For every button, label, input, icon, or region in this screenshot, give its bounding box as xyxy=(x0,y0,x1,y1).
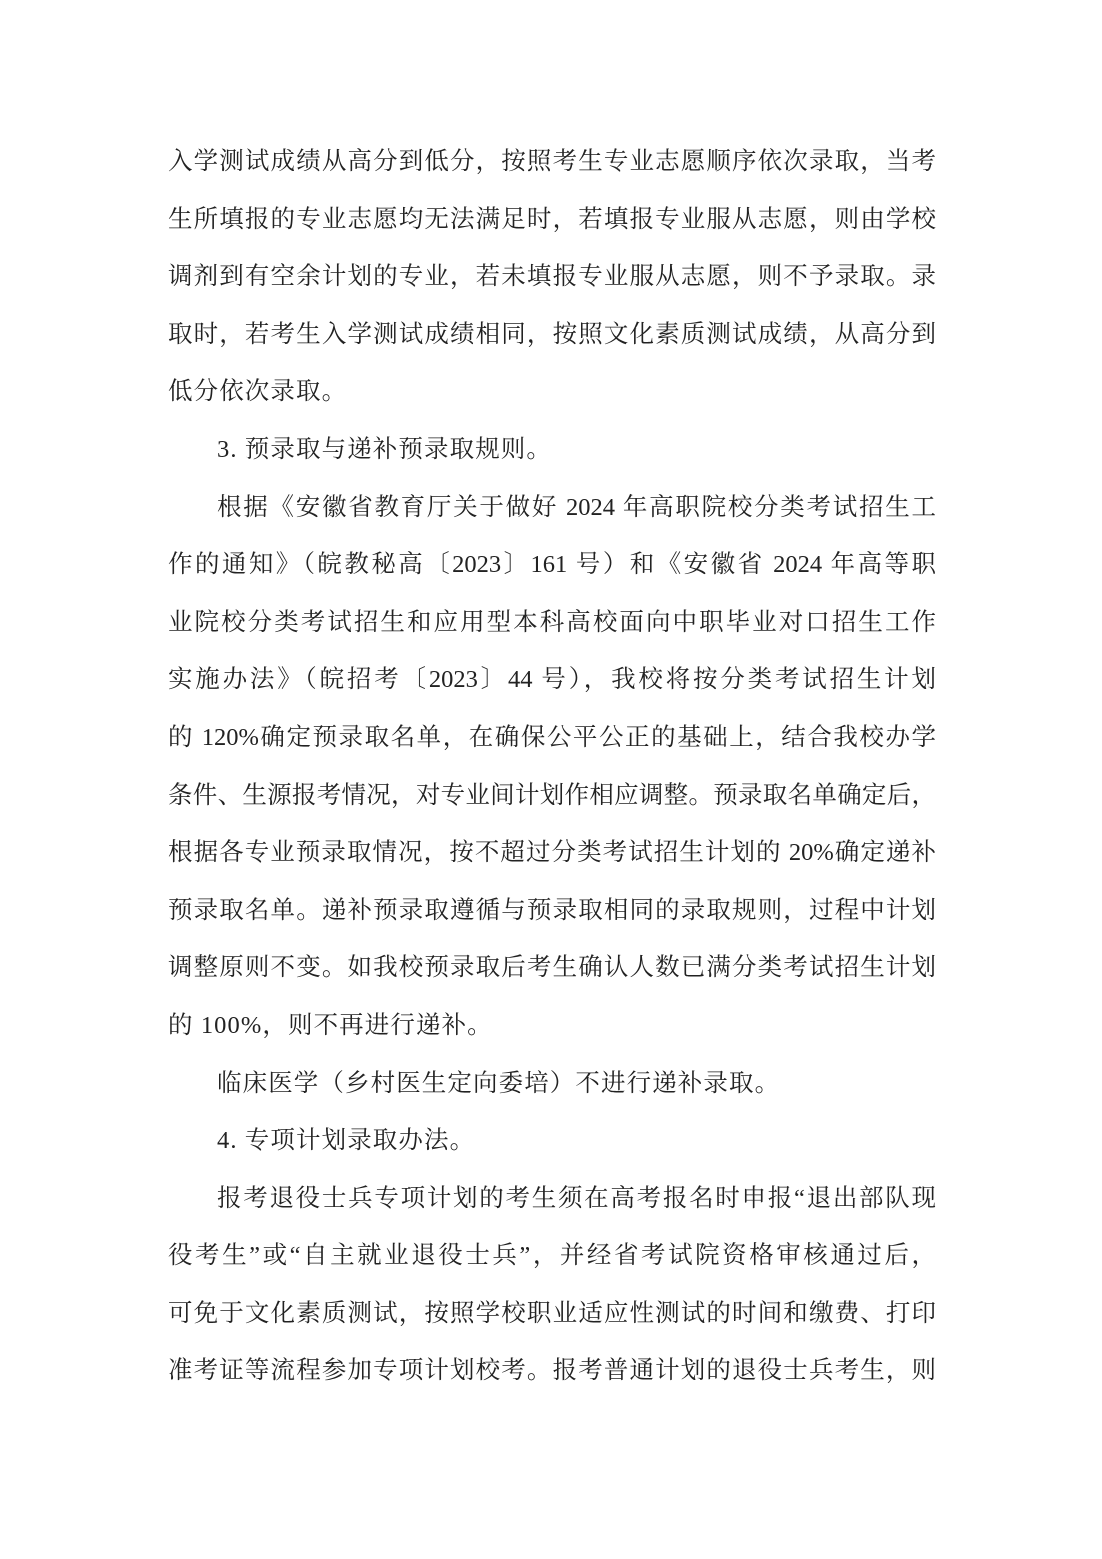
text-line: 的 120%确定预录取名单，在确保公平公正的基础上，结合我校办学 xyxy=(168,709,936,767)
document-page: 入学测试成绩从高分到低分，按照考生专业志愿顺序依次录取，当考 生所填报的专业志愿… xyxy=(0,0,1102,1559)
text-line: 调剂到有空余计划的专业，若未填报专业服从志愿，则不予录取。录 xyxy=(168,248,936,306)
text-line: 生所填报的专业志愿均无法满足时，若填报专业服从志愿，则由学校 xyxy=(168,191,936,249)
text-line: 业院校分类考试招生和应用型本科高校面向中职毕业对口招生工作 xyxy=(168,594,936,652)
text-line: 入学测试成绩从高分到低分，按照考生专业志愿顺序依次录取，当考 xyxy=(168,133,936,191)
text-line: 4. 专项计划录取办法。 xyxy=(168,1112,936,1170)
text-line: 预录取名单。递补预录取遵循与预录取相同的录取规则，过程中计划 xyxy=(168,882,936,940)
text-line: 役考生”或“自主就业退役士兵”，并经省考试院资格审核通过后， xyxy=(168,1227,936,1285)
text-line: 条件、生源报考情况，对专业间计划作相应调整。预录取名单确定后， xyxy=(168,767,936,825)
text-line: 3. 预录取与递补预录取规则。 xyxy=(168,421,936,479)
paragraph-pre-admission-rules: 根据《安徽省教育厅关于做好 2024 年高职院校分类考试招生工 作的通知》（皖教… xyxy=(168,479,936,1055)
text-line: 取时，若考生入学测试成绩相同，按照文化素质测试成绩，从高分到 xyxy=(168,306,936,364)
text-line: 低分依次录取。 xyxy=(168,363,936,421)
text-line: 作的通知》（皖教秘高〔2023〕161 号）和《安徽省 2024 年高等职 xyxy=(168,536,936,594)
text-line: 的 100%，则不再进行递补。 xyxy=(168,997,936,1055)
paragraph-admission-order-continuation: 入学测试成绩从高分到低分，按照考生专业志愿顺序依次录取，当考 生所填报的专业志愿… xyxy=(168,133,936,421)
text-line: 报考退役士兵专项计划的考生须在高考报名时申报“退出部队现 xyxy=(168,1170,936,1228)
section-heading-3: 3. 预录取与递补预录取规则。 xyxy=(168,421,936,479)
text-line: 根据各专业预录取情况，按不超过分类考试招生计划的 20%确定递补 xyxy=(168,824,936,882)
section-heading-4: 4. 专项计划录取办法。 xyxy=(168,1112,936,1170)
text-line: 调整原则不变。如我校预录取后考生确认人数已满分类考试招生计划 xyxy=(168,939,936,997)
text-line: 根据《安徽省教育厅关于做好 2024 年高职院校分类考试招生工 xyxy=(168,479,936,537)
text-line: 可免于文化素质测试，按照学校职业适应性测试的时间和缴费、打印 xyxy=(168,1285,936,1343)
paragraph-clinical-medicine-note: 临床医学（乡村医生定向委培）不进行递补录取。 xyxy=(168,1055,936,1113)
text-line: 临床医学（乡村医生定向委培）不进行递补录取。 xyxy=(168,1055,936,1113)
document-body: 入学测试成绩从高分到低分，按照考生专业志愿顺序依次录取，当考 生所填报的专业志愿… xyxy=(168,133,936,1400)
paragraph-special-plan-admission: 报考退役士兵专项计划的考生须在高考报名时申报“退出部队现 役考生”或“自主就业退… xyxy=(168,1170,936,1400)
text-line: 实施办法》（皖招考〔2023〕44 号），我校将按分类考试招生计划 xyxy=(168,651,936,709)
text-line: 准考证等流程参加专项计划校考。报考普通计划的退役士兵考生，则 xyxy=(168,1342,936,1400)
